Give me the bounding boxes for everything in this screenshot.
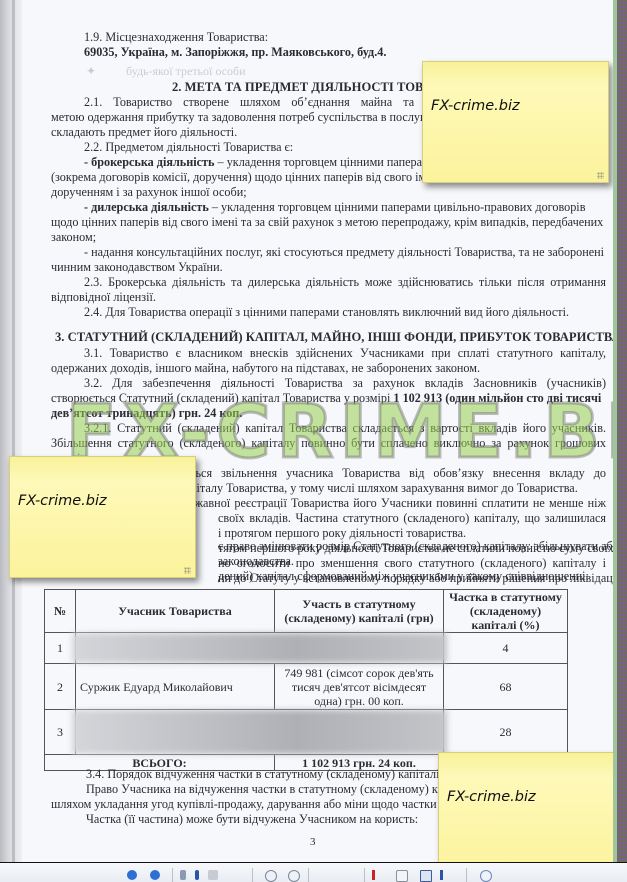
section-2-3-line-2: відповідної ліцензії. — [51, 290, 156, 305]
header-contribution: Участь в статутному (складеному) капітал… — [275, 590, 444, 633]
table-header-row: № Учасник Товариства Участь в статутному… — [45, 590, 568, 633]
row-share: 4 — [444, 633, 568, 664]
rotate-icon[interactable] — [440, 870, 443, 880]
section-3-2-line-3: дев’ятсот тринадцять) грн. 24 коп. — [51, 406, 242, 421]
toolbar-separator — [172, 868, 173, 882]
row-number: 2 — [45, 664, 76, 710]
sticky-note[interactable]: FX-crime.biz — [9, 456, 196, 578]
viewer-toolbar — [0, 863, 627, 882]
viewer-right-border — [617, 0, 627, 862]
capital-amount: 1 102 913 (один мільйон сто дві тисячі — [393, 391, 601, 405]
row-participant: Суржик Едуард Миколайович — [76, 664, 275, 710]
broker-term: - брокерська діяльність — [84, 155, 215, 169]
section-2-2-dealer-line-2: щодо цінних паперів від свого імені та з… — [51, 215, 603, 230]
toolbar-separator — [252, 868, 253, 882]
save-icon[interactable] — [420, 870, 432, 882]
sticky-note-text[interactable]: FX-crime.biz — [18, 493, 107, 509]
forward-icon[interactable] — [150, 870, 160, 880]
section-2-2-broker-line-3: дорученням і за рахунок іншої особи; — [51, 185, 247, 200]
sticky-note[interactable]: FX-crime.biz — [438, 752, 625, 874]
section-1-9-address: 69035, Україна, м. Запоріжжя, пр. Маяков… — [84, 45, 386, 60]
row-number: 1 — [45, 633, 76, 664]
sticky-note-text[interactable]: FX-crime.biz — [431, 98, 520, 114]
header-participant: Учасник Товариства — [76, 590, 275, 633]
section-2-4: 2.4. Для Товариства операції з цінними п… — [84, 305, 569, 320]
header-number: № — [45, 590, 76, 633]
section-1-9-label: 1.9. Місцезнаходження Товариства: — [84, 30, 268, 45]
prev-page-icon[interactable] — [195, 870, 199, 880]
section-2-1-line-3: складають предмет його діяльності. — [51, 125, 237, 140]
row-number: 3 — [45, 710, 76, 755]
resize-grip-icon[interactable] — [184, 567, 191, 574]
zoom-out-icon[interactable] — [265, 870, 277, 882]
section-3-3-line-1: є право змінювати розмір Статутного (скл… — [218, 539, 619, 554]
table-row: 2 Суржик Едуард Миколайович 749 981 (сім… — [45, 664, 568, 710]
section-3-3-line-2: законодавства. — [218, 554, 294, 569]
zoom-in-icon[interactable] — [288, 870, 300, 882]
toolbar-separator — [308, 868, 309, 882]
sticky-note-text[interactable]: FX-crime.biz — [447, 789, 536, 805]
section-2-2-consult-line-1: - надання консультаційних послуг, які ст… — [84, 245, 604, 260]
print-icon[interactable] — [208, 870, 218, 880]
section-2-2-broker-line-2: (зокрема договорів комісії, доручення) щ… — [51, 170, 442, 185]
section-3-2-line-1: 3.2. Для забезпечення діяльності Товарис… — [84, 376, 606, 391]
section-3-2-1-line-2: Збільшення статутного (складеного) капіт… — [51, 436, 606, 451]
section-2-2-dealer-line-1: - дилерська діяльність – укладення торго… — [84, 200, 585, 215]
section-3-4-line-3: шляхом укладання угод купівлі-продажу, д… — [51, 797, 499, 812]
table-row: 1 4 — [45, 633, 568, 664]
sticky-note[interactable]: FX-crime.biz — [422, 61, 609, 183]
table-row: 3 28 — [45, 710, 568, 755]
section-3-4-line-2: Право Учасника на відчуження частки в ст… — [86, 782, 473, 797]
hand-icon[interactable] — [396, 870, 408, 882]
redaction-blur — [72, 633, 447, 663]
section-3-4-line-4: Частка (її частина) може бути відчужена … — [86, 812, 418, 827]
page-number: 3 — [310, 835, 316, 850]
section-3-2-1-line-1: 3.2.1. Статутний (складений) капітал Тов… — [84, 421, 606, 436]
row-share: 28 — [444, 710, 568, 755]
section-3-2-3-line-2: своїх вкладів. Частина статутного (склад… — [218, 511, 606, 526]
toolbar-separator — [466, 868, 467, 882]
row-contribution: 749 981 (сімсот сорок дев'ять тисяч дев'… — [275, 664, 444, 710]
section-2-2-consult-line-2: чинним законодавством України. — [51, 260, 223, 275]
first-page-icon[interactable] — [180, 870, 186, 880]
section-2-2-dealer-line-3: законом; — [51, 230, 96, 245]
section-3-heading: 3. СТАТУТНИЙ (СКЛАДЕНИЙ) КАПІТАЛ, МАЙНО,… — [55, 330, 621, 345]
redaction-blur — [72, 710, 447, 754]
section-3-1-line-1: 3.1. Товариство є власником внесків здій… — [84, 346, 606, 361]
help-icon[interactable] — [480, 870, 492, 882]
select-icon[interactable] — [372, 870, 375, 880]
section-2-2-intro: 2.2. Предметом діяльності Товариства є: — [84, 140, 293, 155]
back-icon[interactable] — [127, 870, 137, 880]
dealer-term: - дилерська діяльність — [84, 200, 209, 214]
row-share: 68 — [444, 664, 568, 710]
redacted-cell — [76, 710, 444, 755]
section-3-3-line-3: дений) капітал сформований між учасникам… — [218, 569, 589, 584]
redacted-cell — [76, 633, 444, 664]
resize-grip-icon[interactable] — [597, 172, 604, 179]
toolbar-separator — [364, 868, 365, 882]
header-share: Частка в статутному (складеному) капітал… — [444, 590, 568, 633]
section-2-3-line-1: 2.3. Брокерська діяльність та дилерська … — [84, 275, 606, 290]
capital-table: № Учасник Товариства Участь в статутному… — [44, 589, 568, 771]
section-3-2-line-2: створюється Статутний (складений) капіта… — [51, 391, 601, 406]
section-3-1-line-2: одержаних доходів, іншого майна, набутог… — [51, 361, 480, 376]
viewer-left-shadow — [0, 0, 22, 862]
section-2-1-line-2: метою одержання прибутку та задоволення … — [51, 110, 458, 125]
